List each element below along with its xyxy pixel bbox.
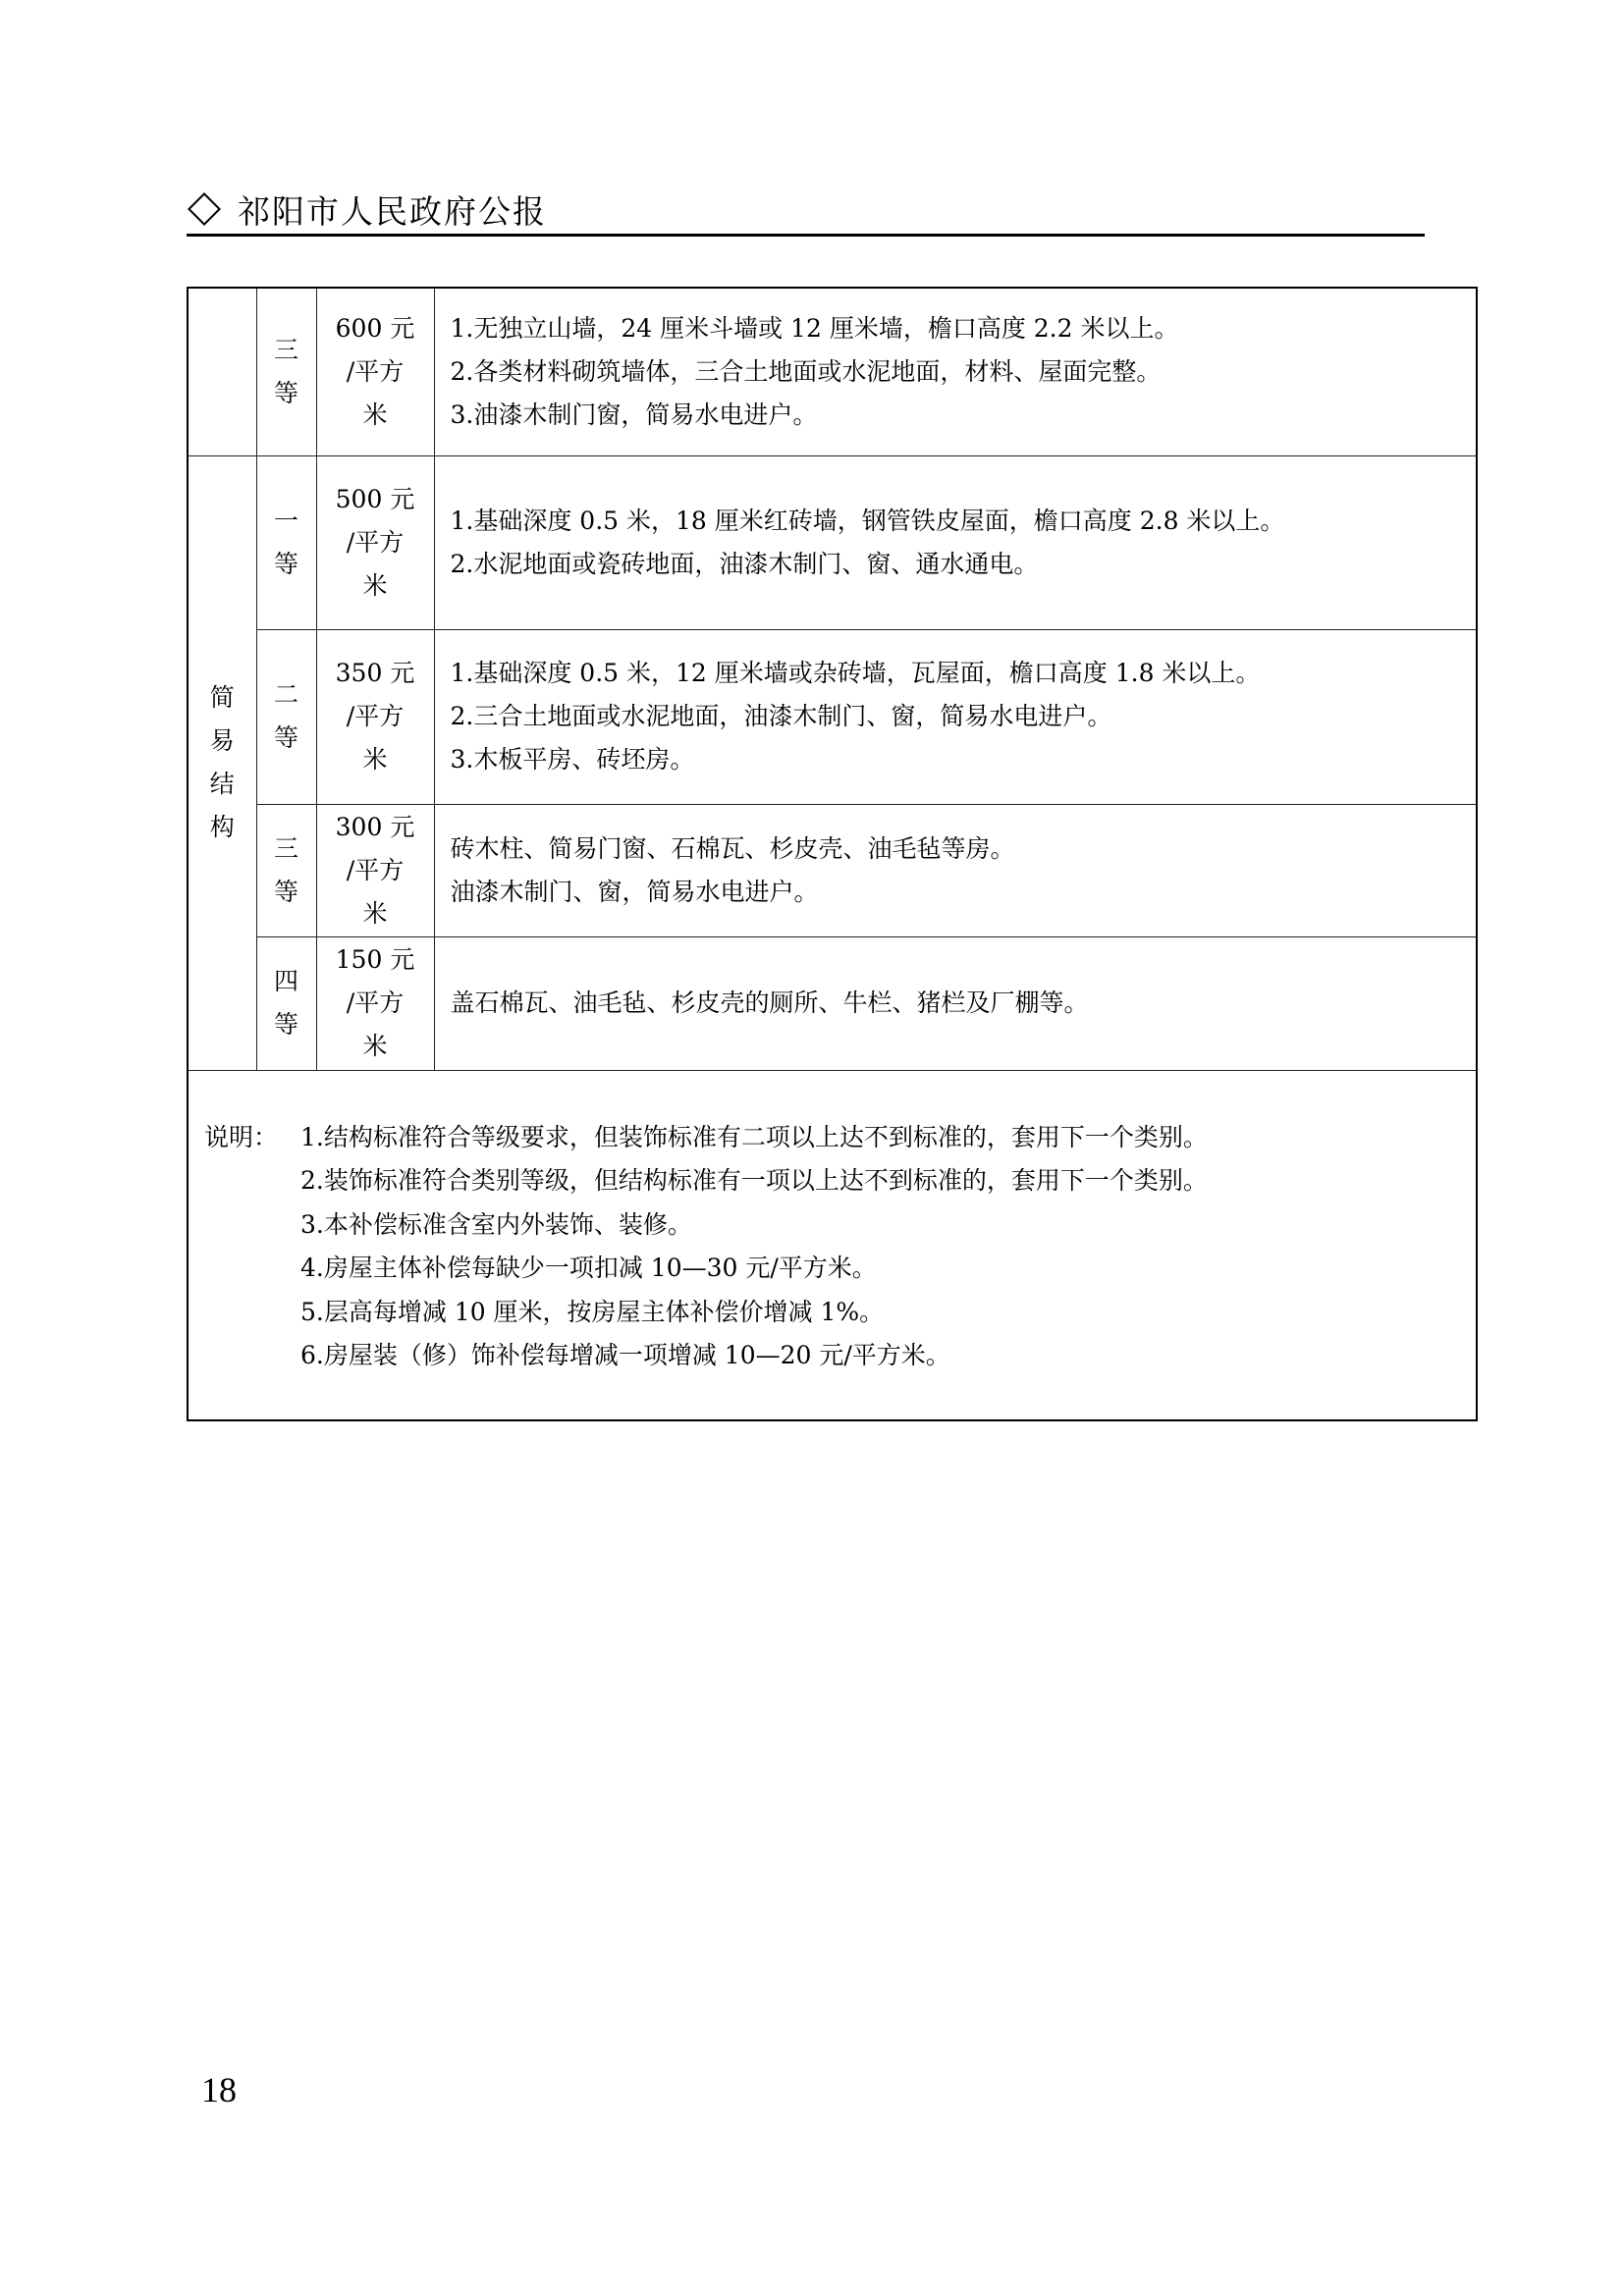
description-line: 3.油漆木制门窗，简易水电进户。 bbox=[451, 394, 1477, 437]
description-cell: 砖木柱、简易门窗、石棉瓦、杉皮壳、油毛毡等房。 油漆木制门、窗，简易水电进户。 bbox=[434, 804, 1477, 936]
notes-row: 说明： 1.结构标准符合等级要求，但装饰标准有二项以上达不到标准的，套用下一个类… bbox=[188, 1070, 1477, 1420]
notes-cell: 说明： 1.结构标准符合等级要求，但装饰标准有二项以上达不到标准的，套用下一个类… bbox=[188, 1070, 1477, 1420]
grade-cell: 三等 bbox=[256, 288, 316, 455]
note-item: 6.房屋装（修）饰补偿每增减一项增减 10—20 元/平方米。 bbox=[300, 1334, 1208, 1378]
description-line: 1.基础深度 0.5 米，12 厘米墙或杂砖墙，瓦屋面，檐口高度 1.8 米以上… bbox=[451, 652, 1477, 695]
price-value: 350 元 bbox=[317, 652, 434, 695]
category-label: 简易结构 bbox=[210, 676, 235, 849]
price-unit: /平方 bbox=[317, 695, 434, 738]
notes-list: 1.结构标准符合等级要求，但装饰标准有二项以上达不到标准的，套用下一个类别。 2… bbox=[300, 1116, 1208, 1378]
grade-label: 二等 bbox=[274, 673, 298, 760]
grade-cell: 二等 bbox=[256, 629, 316, 804]
description-cell: 1.无独立山墙，24 厘米斗墙或 12 厘米墙，檐口高度 2.2 米以上。 2.… bbox=[434, 288, 1477, 455]
grade-label: 三等 bbox=[274, 329, 298, 415]
description-line: 油漆木制门、窗，简易水电进户。 bbox=[451, 871, 1477, 914]
price-unit: /平方 bbox=[317, 982, 434, 1025]
grade-cell: 三等 bbox=[256, 804, 316, 936]
price-cell: 300 元 /平方 米 bbox=[316, 804, 434, 936]
category-cell bbox=[188, 288, 256, 455]
price-unit: /平方 bbox=[317, 350, 434, 394]
grade-cell: 一等 bbox=[256, 455, 316, 629]
publication-title: 祁阳市人民政府公报 bbox=[238, 187, 547, 233]
description-line: 1.基础深度 0.5 米，18 厘米红砖墙，钢管铁皮屋面，檐口高度 2.8 米以… bbox=[451, 500, 1477, 543]
description-cell: 1.基础深度 0.5 米，18 厘米红砖墙，钢管铁皮屋面，檐口高度 2.8 米以… bbox=[434, 455, 1477, 629]
price-cell: 500 元 /平方 米 bbox=[316, 455, 434, 629]
price-unit: 米 bbox=[317, 1025, 434, 1068]
category-cell: 简易结构 bbox=[188, 455, 256, 1070]
page-number: 18 bbox=[201, 2069, 237, 2110]
notes-label: 说明： bbox=[204, 1116, 300, 1378]
header-divider bbox=[187, 234, 1425, 237]
description-line: 3.木板平房、砖坯房。 bbox=[451, 738, 1477, 781]
price-cell: 600 元 /平方 米 bbox=[316, 288, 434, 455]
description-cell: 1.基础深度 0.5 米，12 厘米墙或杂砖墙，瓦屋面，檐口高度 1.8 米以上… bbox=[434, 629, 1477, 804]
description-cell: 盖石棉瓦、油毛毡、杉皮壳的厕所、牛栏、猪栏及厂棚等。 bbox=[434, 936, 1477, 1070]
price-unit: 米 bbox=[317, 738, 434, 781]
table-row: 四等 150 元 /平方 米 盖石棉瓦、油毛毡、杉皮壳的厕所、牛栏、猪栏及厂棚等… bbox=[188, 936, 1477, 1070]
note-item: 5.层高每增减 10 厘米，按房屋主体补偿价增减 1%。 bbox=[300, 1291, 1208, 1335]
note-item: 3.本补偿标准含室内外装饰、装修。 bbox=[300, 1203, 1208, 1248]
table-row: 三等 600 元 /平方 米 1.无独立山墙，24 厘米斗墙或 12 厘米墙，檐… bbox=[188, 288, 1477, 455]
note-item: 4.房屋主体补偿每缺少一项扣减 10—30 元/平方米。 bbox=[300, 1247, 1208, 1291]
grade-label: 一等 bbox=[274, 500, 298, 586]
table-row: 简易结构 一等 500 元 /平方 米 1.基础深度 0.5 米，18 厘米红砖… bbox=[188, 455, 1477, 629]
price-value: 300 元 bbox=[317, 806, 434, 849]
table-row: 三等 300 元 /平方 米 砖木柱、简易门窗、石棉瓦、杉皮壳、油毛毡等房。 油… bbox=[188, 804, 1477, 936]
note-item: 1.结构标准符合等级要求，但装饰标准有二项以上达不到标准的，套用下一个类别。 bbox=[300, 1116, 1208, 1160]
description-line: 2.各类材料砌筑墙体，三合土地面或水泥地面，材料、屋面完整。 bbox=[451, 350, 1477, 394]
description-line: 砖木柱、简易门窗、石棉瓦、杉皮壳、油毛毡等房。 bbox=[451, 828, 1477, 871]
description-line: 2.水泥地面或瓷砖地面，油漆木制门、窗、通水通电。 bbox=[451, 543, 1477, 586]
price-unit: 米 bbox=[317, 564, 434, 608]
page-header: 祁阳市人民政府公报 bbox=[187, 185, 547, 234]
grade-cell: 四等 bbox=[256, 936, 316, 1070]
price-value: 500 元 bbox=[317, 478, 434, 521]
price-unit: /平方 bbox=[317, 849, 434, 892]
note-item: 2.装饰标准符合类别等级，但结构标准有一项以上达不到标准的，套用下一个类别。 bbox=[300, 1159, 1208, 1203]
price-value: 150 元 bbox=[317, 938, 434, 982]
price-cell: 150 元 /平方 米 bbox=[316, 936, 434, 1070]
price-unit: 米 bbox=[317, 892, 434, 935]
price-value: 600 元 bbox=[317, 307, 434, 350]
price-unit: 米 bbox=[317, 394, 434, 437]
diamond-outline-icon bbox=[188, 192, 221, 226]
grade-label: 四等 bbox=[274, 960, 298, 1046]
price-unit: /平方 bbox=[317, 521, 434, 564]
table-row: 二等 350 元 /平方 米 1.基础深度 0.5 米，12 厘米墙或杂砖墙，瓦… bbox=[188, 629, 1477, 804]
description-line: 盖石棉瓦、油毛毡、杉皮壳的厕所、牛栏、猪栏及厂棚等。 bbox=[451, 982, 1477, 1025]
price-cell: 350 元 /平方 米 bbox=[316, 629, 434, 804]
grade-label: 三等 bbox=[274, 828, 298, 914]
description-line: 1.无独立山墙，24 厘米斗墙或 12 厘米墙，檐口高度 2.2 米以上。 bbox=[451, 307, 1477, 350]
compensation-standard-table: 三等 600 元 /平方 米 1.无独立山墙，24 厘米斗墙或 12 厘米墙，檐… bbox=[187, 287, 1478, 1421]
description-line: 2.三合土地面或水泥地面，油漆木制门、窗，简易水电进户。 bbox=[451, 695, 1477, 738]
